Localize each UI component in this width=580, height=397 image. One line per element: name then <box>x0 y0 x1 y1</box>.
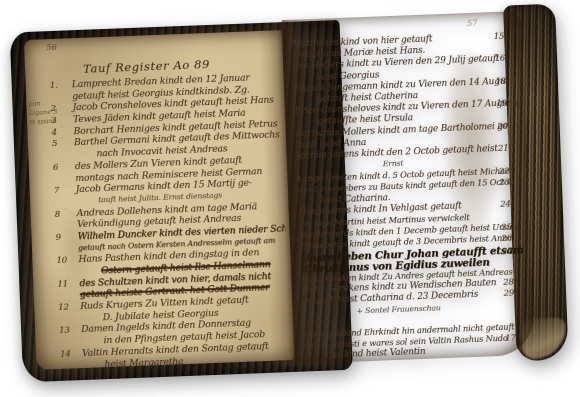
entry-number <box>37 368 83 370</box>
entry-number <box>26 99 72 101</box>
open-book: 56 panLigane 3m spane Tauf Register Ao 8… <box>9 0 569 384</box>
entry-number: 24 <box>490 199 524 210</box>
entry-number <box>29 157 75 159</box>
left-page-number: 56 <box>46 43 57 53</box>
entry-number <box>496 350 530 351</box>
entry-number <box>493 264 527 265</box>
right-page-entries: Mattheses kind von hier getauft15Visitat… <box>281 11 534 363</box>
entry-number <box>495 306 529 307</box>
entry-number: 15 <box>484 31 518 42</box>
entry-number <box>31 227 77 229</box>
left-page-entries: 1.Lamprecht Bredan kindt den 12 Januarge… <box>26 71 295 373</box>
entry-number <box>487 116 521 117</box>
right-page-number: 57 <box>467 19 478 29</box>
entry-number <box>491 218 525 219</box>
entry-number: 20 <box>487 121 521 132</box>
entry-number: 28 <box>493 277 527 288</box>
entry-number <box>485 49 519 50</box>
entry-number: 29 <box>494 288 528 299</box>
entry-number <box>486 72 520 73</box>
entry-number <box>29 181 75 183</box>
entry-number <box>490 195 524 196</box>
entry-number: 19 <box>487 98 521 109</box>
entry-number <box>33 274 79 276</box>
entry-number: 18 <box>486 76 520 87</box>
entry-number <box>32 250 78 252</box>
left-page: 56 panLigane 3m spane Tauf Register Ao 8… <box>24 30 294 370</box>
photo-of-open-manuscript-book: 56 panLigane 3m spane Tauf Register Ao 8… <box>0 0 580 397</box>
entry-number <box>34 297 80 299</box>
entry-number <box>36 344 82 346</box>
right-page: 57 Mattheses kind von hier getauft15Visi… <box>281 11 534 364</box>
entry-number <box>35 321 81 323</box>
entry-number: 21 <box>488 143 522 154</box>
entry-number <box>486 94 520 95</box>
entry-number <box>30 203 76 205</box>
entry-number: 16 <box>485 53 519 64</box>
entry-number <box>488 139 522 140</box>
entry-number <box>489 161 523 162</box>
